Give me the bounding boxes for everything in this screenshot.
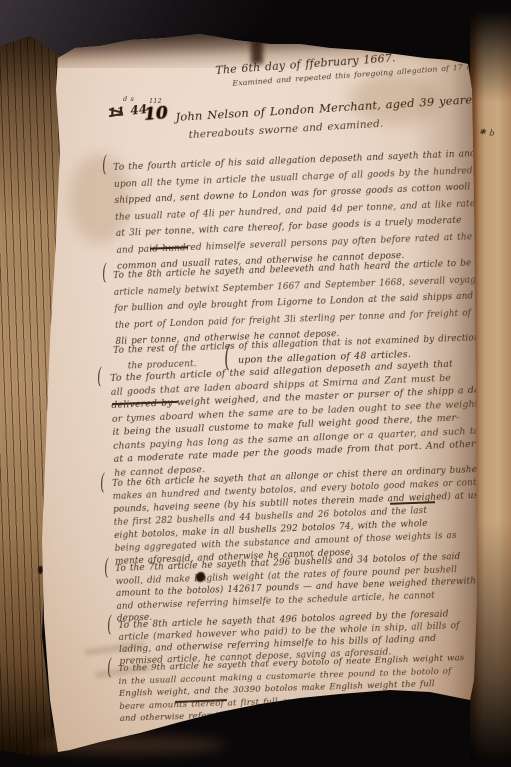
book-fore-edge-pages bbox=[470, 12, 511, 760]
answer-paragraph: To the 9th article he sayeth that every … bbox=[118, 652, 466, 725]
ink-blot bbox=[196, 572, 205, 582]
burn-smudge bbox=[251, 34, 263, 64]
paragraph-mark-icon: ( bbox=[106, 612, 113, 638]
paragraph-mark-icon: ( bbox=[103, 555, 110, 581]
paragraph-mark-icon: ( bbox=[99, 470, 106, 496]
folio-superscript: d s bbox=[123, 95, 134, 103]
answer-paragraph: To the fourth article of the said allega… bbox=[110, 356, 498, 480]
manuscript-photo: ✱ b The 6th day of ffebruary 1667. Exami… bbox=[0, 0, 511, 767]
entry-number: 10 bbox=[143, 103, 168, 125]
paragraph-mark-icon: ( bbox=[101, 260, 108, 286]
paragraph-mark-icon: ( bbox=[96, 364, 103, 390]
manuscript-page: The 6th day of ffebruary 1667. Examined … bbox=[30, 34, 482, 756]
